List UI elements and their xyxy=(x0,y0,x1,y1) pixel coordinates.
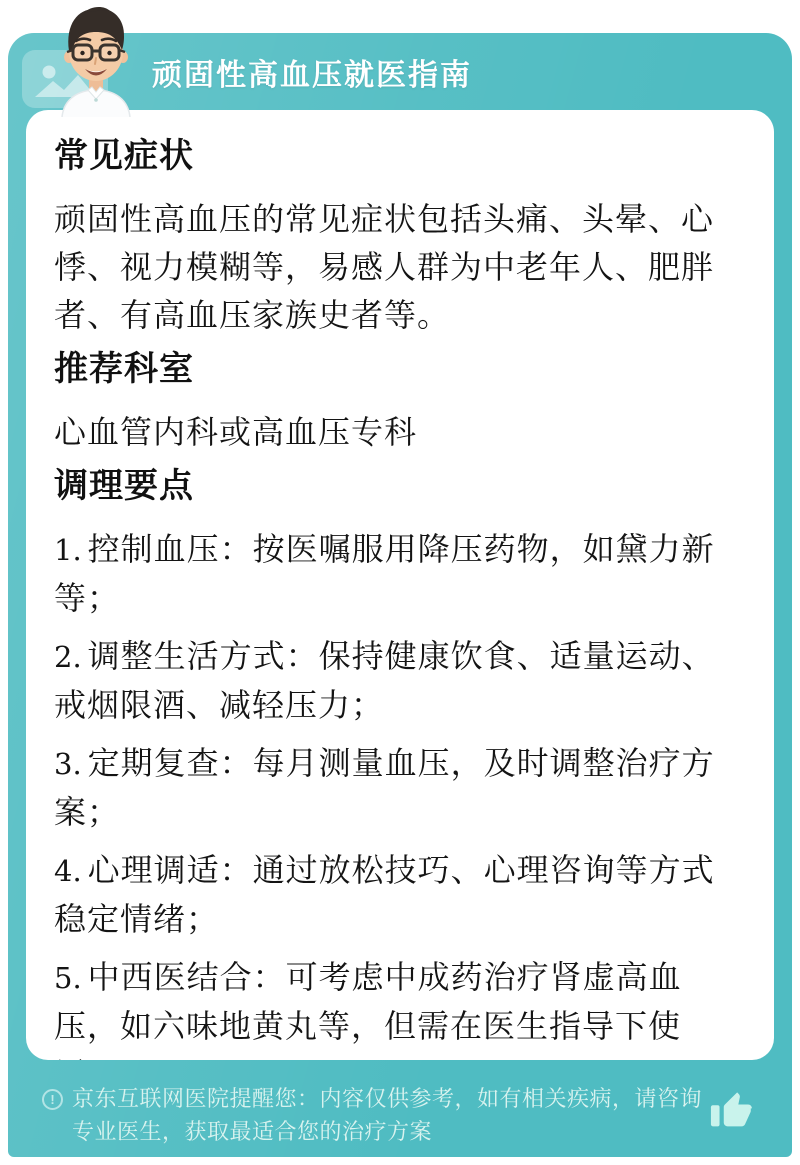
guide-panel: 顽固性高血压就医指南 常见症状 顽固性高血压的常见症状包括头痛、头晕、心悸、视力… xyxy=(8,33,792,1157)
doctor-avatar xyxy=(46,5,146,117)
guideline-item-2: 2.调整生活方式：保持健康饮食、适量运动、戒烟限酒、减轻压力； xyxy=(54,632,746,729)
guideline-item-1: 1.控制血压：按医嘱服用降压药物，如黛力新等； xyxy=(54,525,746,622)
section-body-department: 心血管内科或高血压专科 xyxy=(54,408,746,456)
footer: ! 京东互联网医院提醒您：内容仅供参考，如有相关疾病，请咨询专业医生，获取最适合… xyxy=(8,1060,792,1148)
section-body-symptoms: 顽固性高血压的常见症状包括头痛、头晕、心悸、视力模糊等，易感人群为中老年人、肥胖… xyxy=(54,195,746,339)
item-number: 1. xyxy=(54,533,82,567)
item-text: 定期复查：每月测量血压，及时调整治疗方案； xyxy=(54,745,715,830)
item-text: 调整生活方式：保持健康饮食、适量运动、戒烟限酒、减轻压力； xyxy=(54,638,715,723)
section-heading-tips: 调理要点 xyxy=(54,466,746,507)
header: 顽固性高血压就医指南 xyxy=(8,33,792,110)
item-number: 4. xyxy=(54,854,82,888)
disclaimer-text: 京东互联网医院提醒您：内容仅供参考，如有相关疾病，请咨询专业医生，获取最适合您的… xyxy=(72,1082,720,1148)
guideline-item-4: 4.心理调适：通过放松技巧、心理咨询等方式稳定情绪； xyxy=(54,846,746,943)
page-title: 顽固性高血压就医指南 xyxy=(152,50,472,94)
section-heading-department: 推荐科室 xyxy=(54,349,746,390)
thumbs-up-icon[interactable] xyxy=(708,1088,756,1134)
info-icon: ! xyxy=(42,1089,63,1110)
content-card: 常见症状 顽固性高血压的常见症状包括头痛、头晕、心悸、视力模糊等，易感人群为中老… xyxy=(26,110,774,1060)
guideline-item-5: 5.中西医结合：可考虑中成药治疗肾虚高血压，如六味地黄丸等，但需在医生指导下使用… xyxy=(54,953,746,1060)
section-heading-symptoms: 常见症状 xyxy=(54,136,746,177)
item-text: 控制血压：按医嘱服用降压药物，如黛力新等； xyxy=(54,531,715,616)
item-number: 3. xyxy=(54,747,82,781)
item-number: 5. xyxy=(54,961,82,995)
guideline-item-3: 3.定期复查：每月测量血压，及时调整治疗方案； xyxy=(54,739,746,836)
item-text: 心理调适：通过放松技巧、心理咨询等方式稳定情绪； xyxy=(54,852,715,937)
item-number: 2. xyxy=(54,640,82,674)
item-text: 中西医结合：可考虑中成药治疗肾虚高血压，如六味地黄丸等，但需在医生指导下使用。 xyxy=(54,959,682,1060)
page: 顽固性高血压就医指南 常见症状 顽固性高血压的常见症状包括头痛、头晕、心悸、视力… xyxy=(0,0,800,1165)
